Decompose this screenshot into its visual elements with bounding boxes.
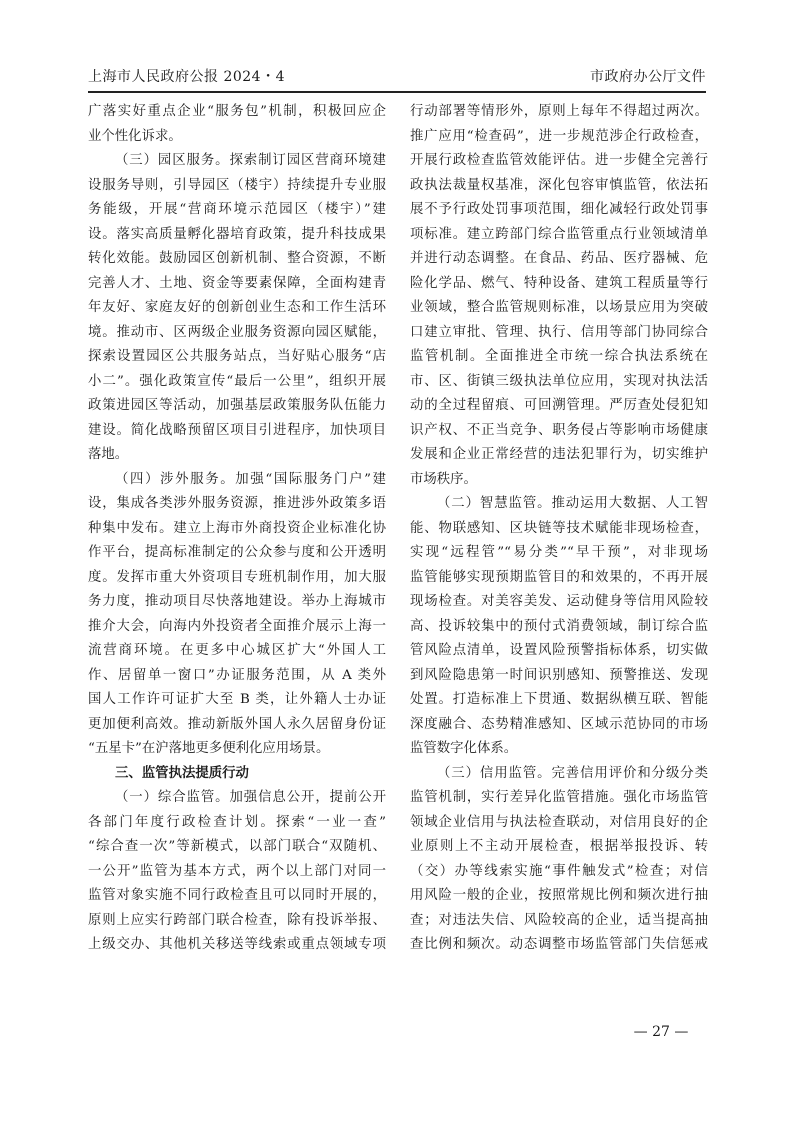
- left-text-column: 广落实好重点企业“服务包”机制，积极回应企业个性化诉求。（三）园区服务。探索制订…: [88, 100, 386, 958]
- text-line: 监管能够实现预期监管目的和效果的，不再开展: [410, 566, 708, 591]
- text-line: 年友好、家庭友好的创新创业生态和工作生活环: [88, 296, 386, 321]
- text-line: 高、投诉较集中的预付式消费领域，制订综合监: [410, 615, 708, 640]
- text-line: 监管对象实施不同行政检查且可以同时开展的，: [88, 884, 386, 909]
- publication-title: 上海市人民政府公报 2024・4: [88, 66, 285, 86]
- text-line: 探索设置园区公共服务站点，当好贴心服务“店: [88, 345, 386, 370]
- text-line: 市场秩序。: [410, 468, 708, 493]
- text-line: （四）涉外服务。加强“国际服务门户”建: [88, 468, 386, 493]
- text-line: （三）园区服务。探索制订园区营商环境建: [88, 149, 386, 174]
- text-line: 流营商环境。在更多中心城区扩大“外国人工: [88, 639, 386, 664]
- text-line: 识产权、不正当竞争、职务侵占等影响市场健康: [410, 419, 708, 444]
- text-line: 政策进园区等活动，加强基层政策服务队伍能力: [88, 394, 386, 419]
- text-line: 用风险一般的企业，按照常规比例和频次进行抽: [410, 884, 708, 909]
- text-line: 业领域，整合监管规则标准，以场景应用为突破: [410, 296, 708, 321]
- text-line: 到风险隐患第一时间识别感知、预警推送、发现: [410, 664, 708, 689]
- text-line: 广落实好重点企业“服务包”机制，积极回应企: [88, 100, 386, 125]
- text-line: 设。落实高质量孵化器培育政策，提升科技成果: [88, 223, 386, 248]
- text-line: 查；对违法失信、风险较高的企业，适当提高抽: [410, 909, 708, 934]
- text-line: “综合查一次”等新模式，以部门联合“双随机、: [88, 835, 386, 860]
- text-line: 领域企业信用与执法检查联动，对信用良好的企: [410, 811, 708, 836]
- text-line: （二）智慧监管。推动运用大数据、人工智: [410, 492, 708, 517]
- section-heading: 三、监管执法提质行动: [88, 762, 386, 787]
- text-line: 作平台，提高标准制定的公众参与度和公开透明: [88, 541, 386, 566]
- text-line: 上级交办、其他机关移送等线索或重点领域专项: [88, 933, 386, 958]
- text-line: 落地。: [88, 443, 386, 468]
- text-line: 查比例和频次。动态调整市场监管部门失信惩戒: [410, 933, 708, 958]
- text-line: 境。推动市、区两级企业服务资源向园区赋能，: [88, 321, 386, 346]
- text-line: 原则上应实行跨部门联合检查，除有投诉举报、: [88, 909, 386, 934]
- text-line: 险化学品、燃气、特种设备、建筑工程质量等行: [410, 272, 708, 297]
- text-line: 动的全过程留痕、可回溯管理。严厉查处侵犯知: [410, 394, 708, 419]
- text-line: 实现“远程管”“易分类”“早干预”，对非现场: [410, 541, 708, 566]
- text-line: 国人工作许可证扩大至 B 类，让外籍人士办证: [88, 688, 386, 713]
- text-line: 发展和企业正常经营的违法犯罪行为，切实维护: [410, 443, 708, 468]
- text-line: 深度融合、态势精准感知、区域示范协同的市场: [410, 713, 708, 738]
- text-line: 度。发挥市重大外资项目专班机制作用，加大服: [88, 566, 386, 591]
- text-line: 政执法裁量权基准，深化包容审慎监管，依法拓: [410, 174, 708, 199]
- text-line: 完善人才、土地、资金等要素保障，全面构建青: [88, 272, 386, 297]
- text-line: 监管数字化体系。: [410, 737, 708, 762]
- text-line: 展不予行政处罚事项范围，细化减轻行政处罚事: [410, 198, 708, 223]
- text-line: 业个性化诉求。: [88, 125, 386, 150]
- right-text-column: 行动部署等情形外，原则上每年不得超过两次。推广应用“检查码”，进一步规范涉企行政…: [410, 100, 708, 958]
- text-line: （交）办等线索实施“事件触发式”检查；对信: [410, 860, 708, 885]
- text-line: 小二”。强化政策宣传“最后一公里”，组织开展: [88, 370, 386, 395]
- text-line: “五星卡”在沪落地更多便利化应用场景。: [88, 737, 386, 762]
- text-line: 更加便利高效。推动新版外国人永久居留身份证: [88, 713, 386, 738]
- text-line: 一公开”监管为基本方式，两个以上部门对同一: [88, 860, 386, 885]
- text-line: 监管机制，实行差异化监管措施。强化市场监管: [410, 786, 708, 811]
- text-line: 开展行政检查监管效能评估。进一步健全完善行: [410, 149, 708, 174]
- text-line: 口建立审批、管理、执行、信用等部门协同综合: [410, 321, 708, 346]
- text-line: （三）信用监管。完善信用评价和分级分类: [410, 762, 708, 787]
- text-line: 各部门年度行政检查计划。探索“一业一查”: [88, 811, 386, 836]
- text-line: 设服务导则，引导园区（楼宇）持续提升专业服: [88, 174, 386, 199]
- text-line: 务力度，推动项目尽快落地建设。举办上海城市: [88, 590, 386, 615]
- text-line: 推介大会，向海内外投资者全面推介展示上海一: [88, 615, 386, 640]
- text-line: 转化效能。鼓励园区创新机制、整合资源，不断: [88, 247, 386, 272]
- text-line: 并进行动态调整。在食品、药品、医疗器械、危: [410, 247, 708, 272]
- text-line: 处置。打造标准上下贯通、数据纵横互联、智能: [410, 688, 708, 713]
- page-number: — 27 —: [620, 1022, 702, 1042]
- text-line: 管风险点清单，设置风险预警指标体系，切实做: [410, 639, 708, 664]
- running-header: 上海市人民政府公报 2024・4 市政府办公厅文件: [88, 66, 706, 90]
- text-line: 能、物联感知、区块链等技术赋能非现场检查，: [410, 517, 708, 542]
- text-line: 行动部署等情形外，原则上每年不得超过两次。: [410, 100, 708, 125]
- text-line: 业原则上不主动开展检查，根据举报投诉、转: [410, 835, 708, 860]
- text-line: 务能级，开展“营商环境示范园区（楼宇）”建: [88, 198, 386, 223]
- text-line: 推广应用“检查码”，进一步规范涉企行政检查，: [410, 125, 708, 150]
- text-line: 作、居留单一窗口”办证服务范围，从 A 类外: [88, 664, 386, 689]
- text-line: 市、区、街镇三级执法单位应用，实现对执法活: [410, 370, 708, 395]
- text-line: 建设。简化战略预留区项目引进程序，加快项目: [88, 419, 386, 444]
- section-title: 市政府办公厅文件: [590, 66, 706, 86]
- text-line: 项标准。建立跨部门综合监管重点行业领域清单: [410, 223, 708, 248]
- text-line: （一）综合监管。加强信息公开，提前公开: [88, 786, 386, 811]
- header-divider: [88, 91, 706, 93]
- text-line: 现场检查。对美容美发、运动健身等信用风险较: [410, 590, 708, 615]
- text-line: 监管机制。全面推进全市统一综合执法系统在: [410, 345, 708, 370]
- text-line: 种集中发布。建立上海市外商投资企业标准化协: [88, 517, 386, 542]
- text-line: 设，集成各类涉外服务资源，推进涉外政策多语: [88, 492, 386, 517]
